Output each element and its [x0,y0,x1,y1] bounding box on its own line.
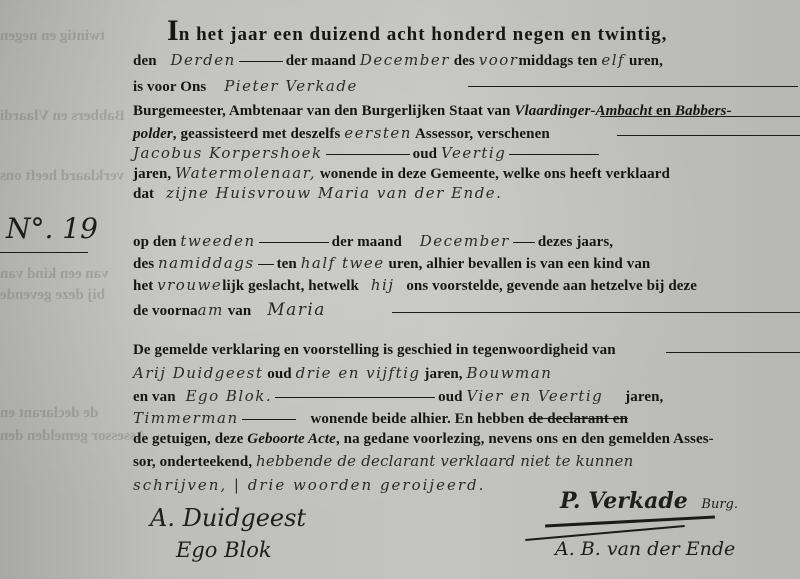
handwritten-note: hebbende de declarant verklaard niet te … [256,452,633,470]
handwritten-birth-month: December [420,232,510,250]
doc-line-15: en van Ego Blok.oud Vier en Veertig jare… [133,387,663,406]
handwritten-official-name: Pieter Verkade [224,77,358,95]
handwritten-witness2-name: Ego Blok. [186,387,273,405]
place-name: polder [133,126,173,142]
signature-mayor-title: Burg. [701,497,738,512]
printed-text: des [454,53,475,69]
printed-text: het [133,278,153,294]
bleed-through-text: van een kind van [0,266,109,283]
printed-text: dat [133,186,154,202]
signature-assessor: A. B. van der Ende [555,538,735,560]
doc-line-11: het vrouwelijk geslacht, hetwelk hij ons… [133,276,697,295]
fill-rule [326,154,410,155]
fill-rule [513,242,535,243]
fill-rule [468,86,798,87]
printed-text: den [133,53,157,69]
printed-text: van [228,303,252,319]
bleed-through-text: bij deze gevende [0,287,105,304]
certificate-type: Geboorte Acte [247,431,336,447]
bleed-through-text: twintig en negen [0,28,105,45]
handwritten-day: Derden [171,51,236,69]
record-number: N°. 19 [6,212,98,245]
handwritten-witness2-age: Vier en Veertig [466,387,603,405]
doc-line-10: des namiddagsten half twee uren, alhier … [133,254,650,273]
fill-rule [666,352,800,353]
doc-line-3: is voor Ons Pieter Verkade [133,77,358,96]
handwritten-witness1-age: drie en vijftig [296,364,421,382]
printed-text: des [133,256,154,272]
handwritten-witness1-occupation: Bouwman [466,364,552,382]
printed-text: lijk geslacht, hetwelk [222,278,359,294]
printed-text: uren, [629,53,663,69]
printed-text: de getuigen, deze [133,431,243,447]
printed-text: ten [277,256,297,272]
printed-text: middags ten [518,53,597,69]
handwritten-child-name: Maria [267,300,326,320]
fill-rule [275,397,435,398]
printed-text: op den [133,234,177,250]
printed-text: jaren, [424,366,462,382]
printed-text: oud [267,366,292,382]
handwritten-pronoun: hij [371,276,395,294]
printed-text: jaren, [625,389,663,405]
handwritten-birth-hour: half twee [301,254,385,272]
doc-line-14: Arij Duidgeest oud drie en vijftig jaren… [133,364,552,383]
doc-line-7: jaren, Watermolenaar, wonende in deze Ge… [133,164,670,183]
initial-capital: I [167,14,179,47]
doc-line-4: Burgemeester, Ambtenaar van den Burgerli… [133,103,732,120]
handwritten-sex: vrouwe [157,276,222,294]
opening-phrase: n het jaar een duizend acht honderd nege… [179,24,668,45]
printed-text: De gemelde verklaring en voorstelling is… [133,342,616,358]
printed-text: Assessor, verschenen [415,126,550,142]
doc-line-9: op den tweedender maand Decemberdezes ja… [133,232,613,251]
handwritten-ampm: voor [479,51,519,69]
printed-text: uren, alhier bevallen is van een kind va… [388,256,650,272]
printed-text: de voorna [133,303,198,319]
fill-rule [258,264,274,265]
handwritten-correction: am [198,301,224,319]
fill-rule [392,312,800,313]
handwritten-mother-name: zijne Huisvrouw Maria van der Ende. [166,184,502,202]
doc-line-5: polder, geassisteerd met deszelfs eerste… [133,124,550,143]
doc-line-16: Timmerman wonende beide alhier. En hebbe… [133,409,628,428]
doc-line-2: den Derdender maand December des voormid… [133,51,663,70]
handwritten-hour: elf [601,51,625,69]
printed-text: , geassisteerd met deszelfs [173,126,341,142]
handwritten-month: December [360,51,450,69]
handwritten-ordinal: eersten [344,124,412,142]
printed-text: is voor Ons [133,79,206,95]
signature-mayor: P. Verkade Burg. [560,488,738,514]
printed-text: oud [438,389,463,405]
printed-text: dezes jaars, [538,234,613,250]
printed-text: der maand [332,234,402,250]
doc-line-19: schrijven, | drie woorden geroijeerd. [133,476,485,495]
printed-text: Burgemeester, Ambtenaar van den Burgerli… [133,103,510,119]
printed-text: en van [133,389,176,405]
handwritten-age: Veertig [441,144,506,162]
printed-text: der maand [286,53,356,69]
printed-text: oud [413,146,438,162]
fill-rule [259,242,329,243]
printed-text: sor, onderteekend, [133,454,252,470]
bleed-through-text: Assessor gemelden den [0,428,146,445]
handwritten-witness1-name: Arij Duidgeest [133,364,263,382]
doc-line-1: In het jaar een duizend acht honderd neg… [167,14,667,48]
doc-line-18: sor, onderteekend, hebbende de declarant… [133,452,633,471]
fill-rule [600,116,800,117]
printed-text: wonende beide alhier. En hebben [310,411,524,427]
struck-text: de declarant en [528,411,628,427]
signature-witness-2: Ego Blok [176,538,272,562]
doc-line-12: de voornaam van Maria [133,300,326,320]
bleed-through-text: de declarant en [0,405,98,422]
printed-text: ons voorstelde, gevende aan hetzelve bij… [406,278,697,294]
doc-line-13: De gemelde verklaring en voorstelling is… [133,342,616,359]
printed-text: jaren, [133,166,171,182]
doc-line-17: de getuigen, deze Geboorte Acte, na geda… [133,431,714,448]
signature-witness-1: A. Duidgeest [150,504,306,532]
handwritten-birth-day: tweeden [180,232,255,250]
handwritten-note: schrijven, | drie woorden geroijeerd. [133,476,485,494]
bleed-through-text: verklaard heeft ons [0,168,124,185]
fill-rule [239,61,283,62]
doc-line-6: Jacobus Korpershoekoud Veertig [133,144,602,163]
printed-text: wonende in deze Gemeente, welke ons heef… [320,166,670,182]
signature-mayor-name: P. Verkade [560,488,688,514]
handwritten-declarant-name: Jacobus Korpershoek [133,144,323,162]
printed-text: , na gedane voorlezing, nevens ons en de… [336,431,714,447]
handwritten-occupation: Watermolenaar, [175,164,316,182]
fill-rule [242,419,296,420]
fill-rule [509,154,599,155]
handwritten-witness2-occupation: Timmerman [133,409,239,427]
handwritten-birth-ampm: namiddags [158,254,255,272]
fill-rule [617,135,800,136]
bleed-through-text: Babbers en Vlaardi [0,108,125,125]
doc-line-8: dat zijne Huisvrouw Maria van der Ende. [133,184,502,203]
record-number-underline [0,252,88,253]
